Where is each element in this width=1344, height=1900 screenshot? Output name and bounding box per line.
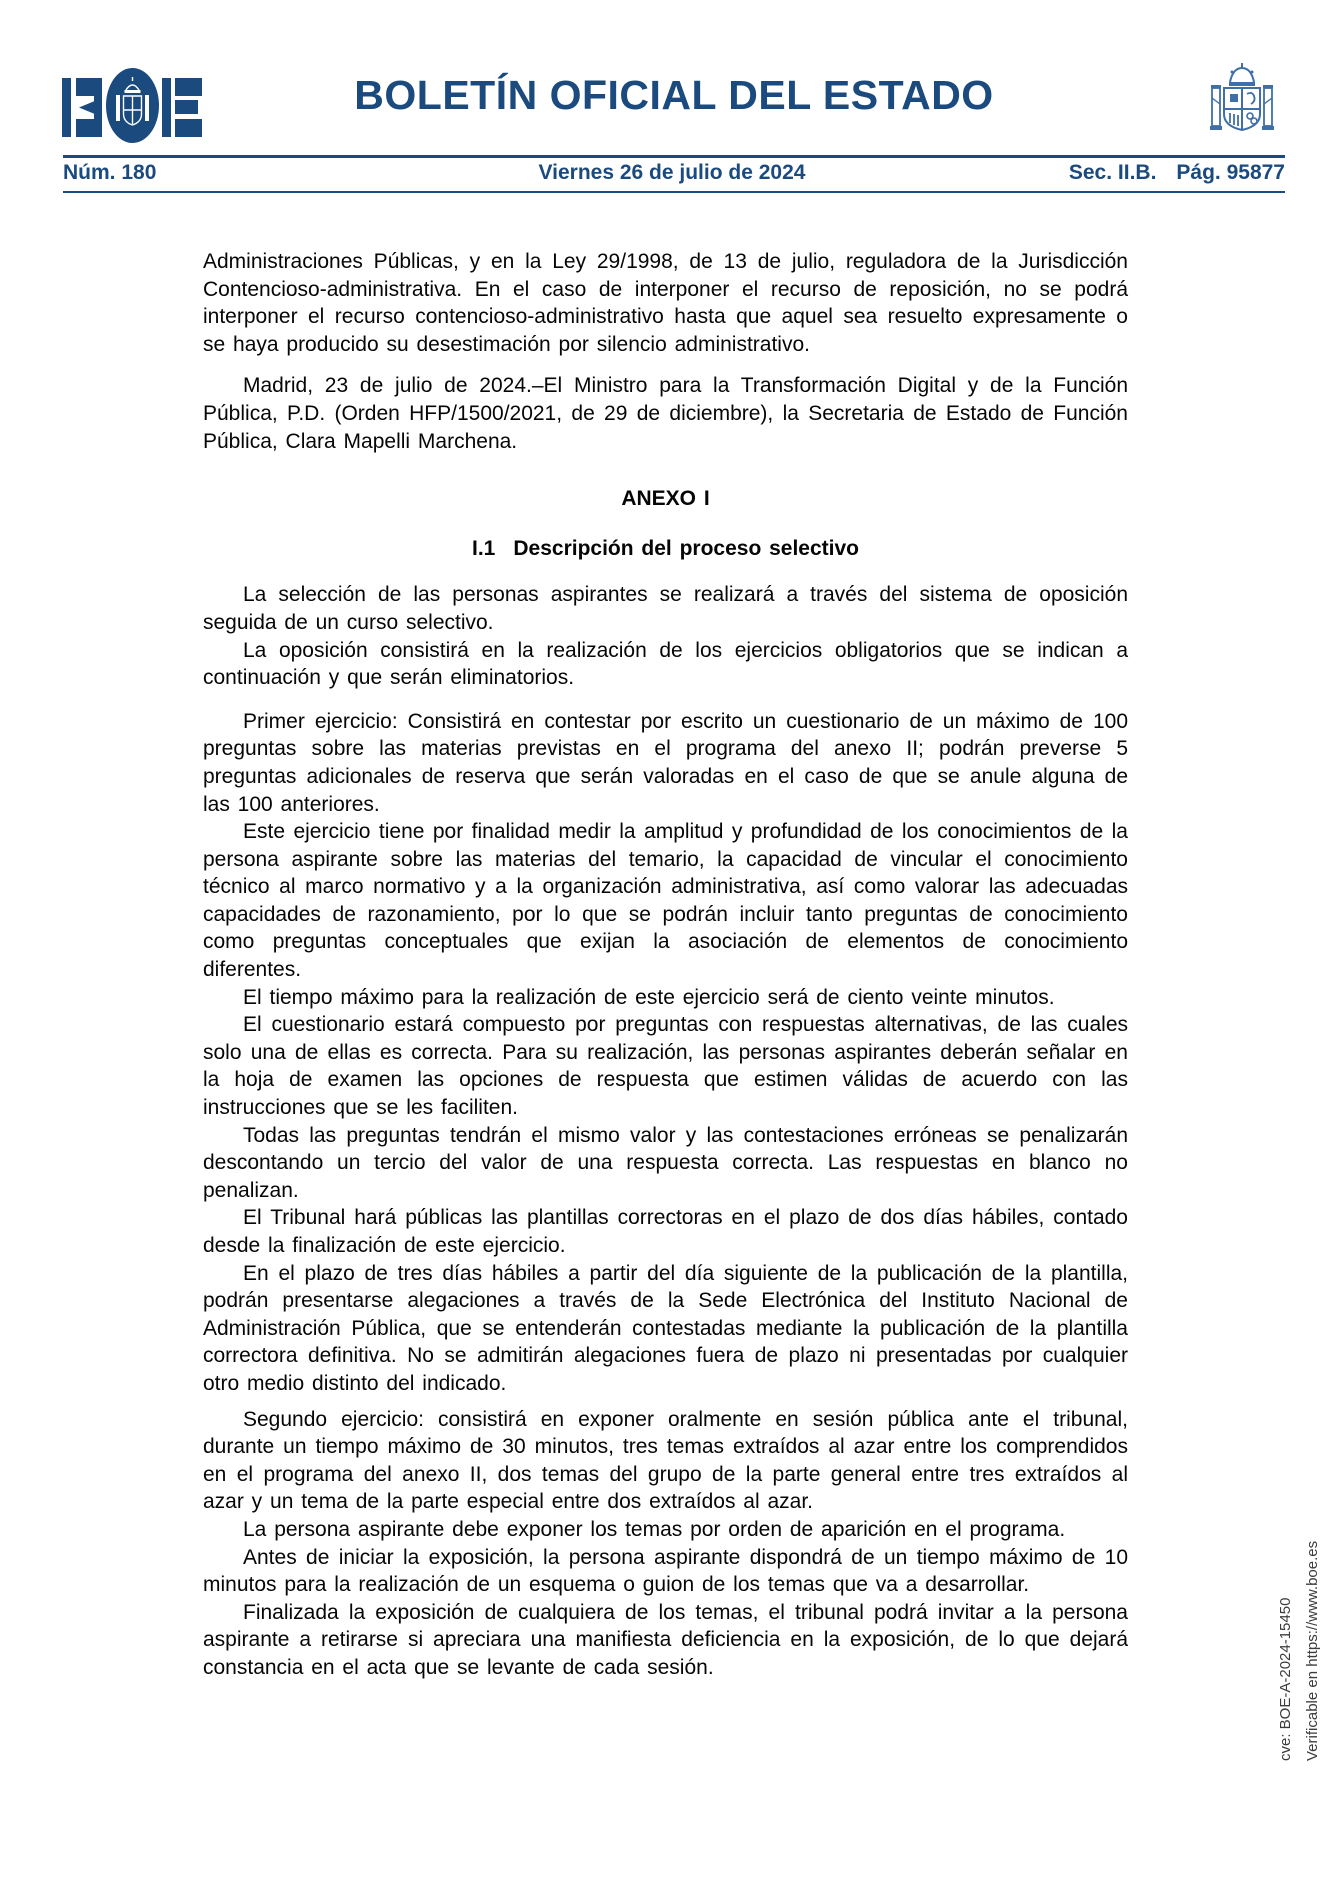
page-title: BOLETÍN OFICIAL DEL ESTADO	[63, 72, 1285, 119]
issue-number: Núm. 180	[63, 161, 156, 185]
paragraph: Este ejercicio tiene por finalidad medir…	[203, 818, 1128, 984]
cve-code: cve: BOE-A-2024-15450	[1272, 1541, 1299, 1761]
section-heading-title: Descripción del proceso selectivo	[513, 537, 859, 560]
paragraph: La persona aspirante debe exponer los te…	[203, 1516, 1128, 1544]
header-rule-top	[63, 155, 1285, 158]
cve-sidebar: cve: BOE-A-2024-15450 Verificable en htt…	[1272, 1541, 1326, 1761]
paragraph: Todas las preguntas tendrán el mismo val…	[203, 1122, 1128, 1205]
paragraph: El tiempo máximo para la realización de …	[203, 984, 1128, 1012]
paragraph: La oposición consistirá en la realizació…	[203, 637, 1128, 692]
spain-coat-of-arms-icon	[1210, 62, 1274, 140]
paragraph: Antes de iniciar la exposición, la perso…	[203, 1544, 1128, 1599]
verifiable-url: Verificable en https://www.boe.es	[1299, 1541, 1326, 1761]
paragraph: La selección de las personas aspirantes …	[203, 581, 1128, 636]
paragraph: En el plazo de tres días hábiles a parti…	[203, 1260, 1128, 1398]
boe-document-page: BOLETÍN OFICIAL DEL ESTADO	[0, 0, 1344, 1900]
paragraph: Administraciones Públicas, y en la Ley 2…	[203, 248, 1128, 358]
paragraph: Madrid, 23 de julio de 2024.–El Ministro…	[203, 372, 1128, 455]
paragraph: Finalizada la exposición de cualquiera d…	[203, 1599, 1128, 1682]
section-label: Sec. II.B.	[1069, 161, 1157, 184]
paragraph: Segundo ejercicio: consistirá en exponer…	[203, 1406, 1128, 1516]
annex-heading: ANEXO I	[203, 485, 1128, 513]
paragraph: El cuestionario estará compuesto por pre…	[203, 1011, 1128, 1121]
page-number-label: Pág. 95877	[1176, 161, 1285, 184]
paragraph: El Tribunal hará públicas las plantillas…	[203, 1204, 1128, 1259]
section-page: Sec. II.B.Pág. 95877	[1069, 161, 1285, 185]
section-heading-number: I.1	[472, 537, 495, 560]
issue-line: Viernes 26 de julio de 2024 Núm. 180 Sec…	[0, 161, 1344, 187]
header-rule-bottom	[63, 191, 1285, 193]
document-body: Administraciones Públicas, y en la Ley 2…	[203, 248, 1128, 1682]
paragraph: Primer ejercicio: Consistirá en contesta…	[203, 708, 1128, 818]
section-heading: I.1Descripción del proceso selectivo	[203, 535, 1128, 563]
